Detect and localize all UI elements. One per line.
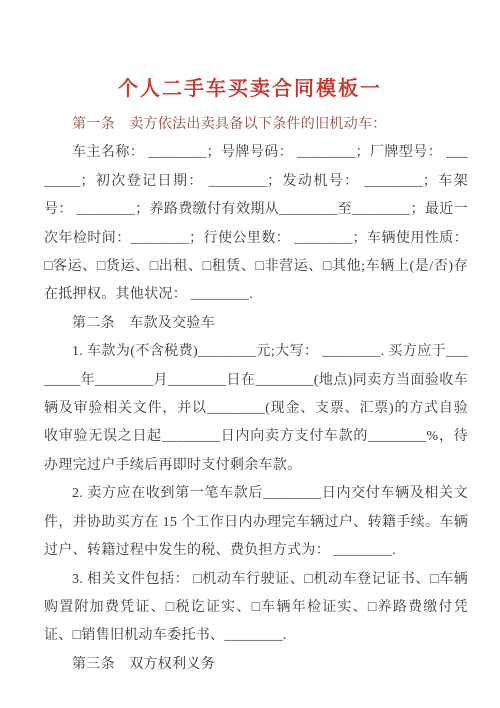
delivery-transfer-paragraph: 2. 卖方应在收到第一笔车款后________日内交付车辆及相关文件，并协助买方… bbox=[44, 480, 468, 565]
clause-1-heading: 第一条 卖方依法出卖具备以下条件的旧机动车： bbox=[44, 111, 468, 139]
payment-terms-paragraph: 1. 车款为(不含税费)________元;大写： ________. 买方应于… bbox=[44, 338, 468, 480]
vehicle-info-paragraph: 车主名称： ________；号牌号码： ________；厂牌型号： ____… bbox=[44, 139, 468, 309]
related-documents-paragraph: 3. 相关文件包括： □机动车行驶证、□机动车登记证书、□车辆购置附加费凭证、□… bbox=[44, 566, 468, 651]
clause-2-heading: 第二条 车款及交验车 bbox=[44, 310, 468, 338]
clause-3-heading: 第三条 双方权利义务 bbox=[44, 651, 468, 679]
contract-document-page: 个人二手车买卖合同模板一 第一条 卖方依法出卖具备以下条件的旧机动车： 车主名称… bbox=[0, 0, 500, 708]
document-title: 个人二手车买卖合同模板一 bbox=[32, 76, 468, 102]
